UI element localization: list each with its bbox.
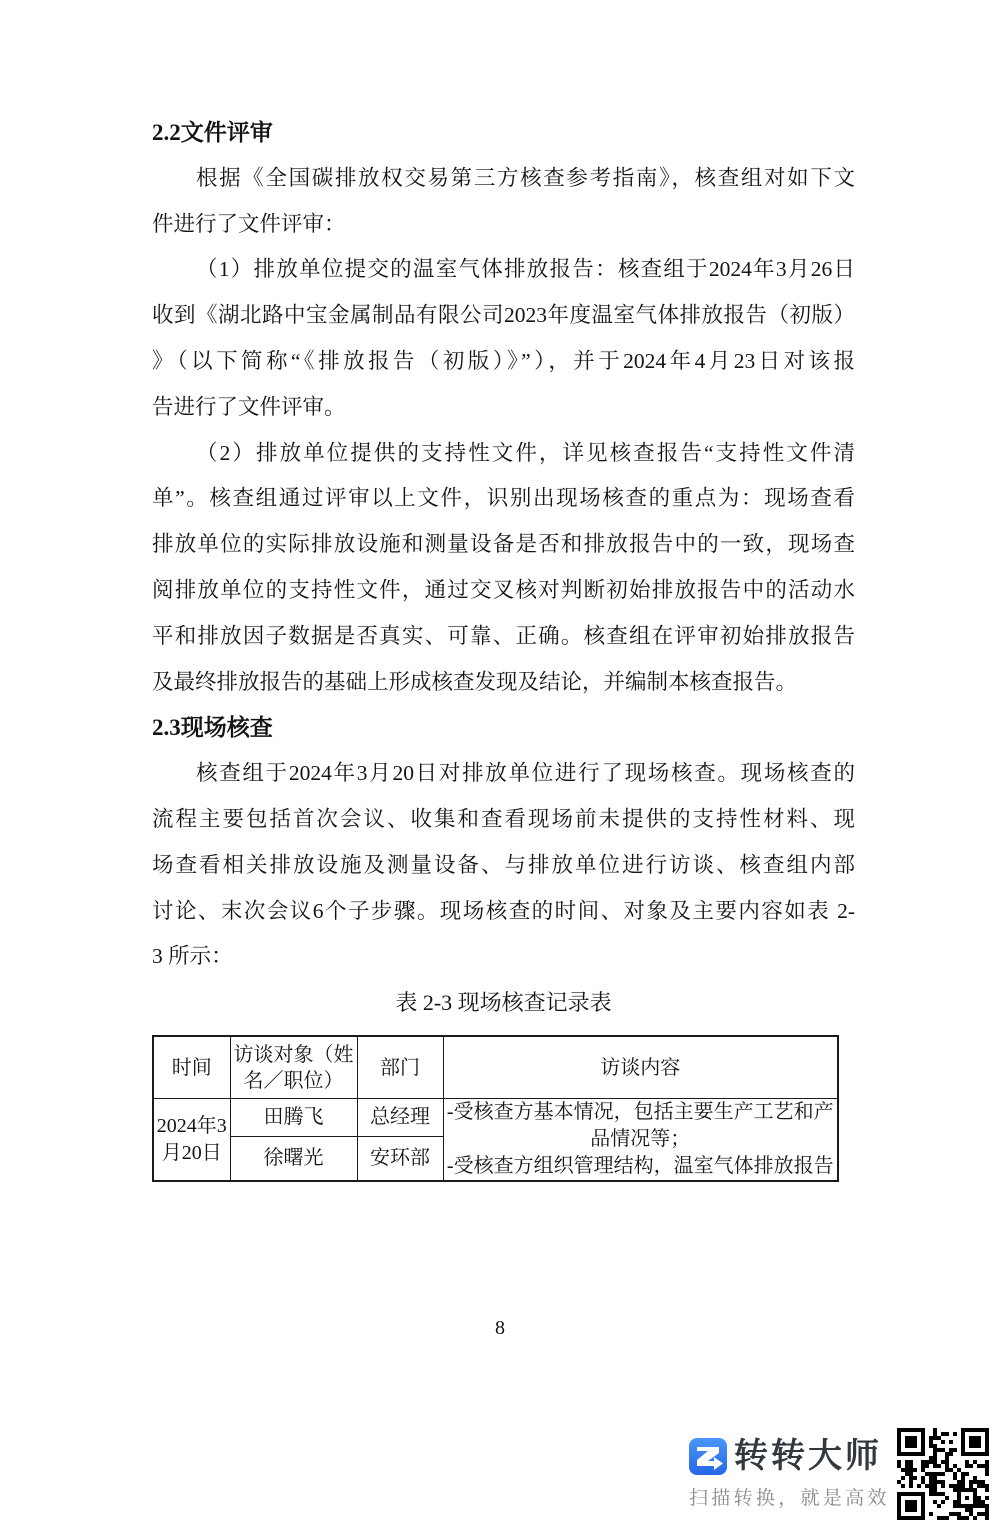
text-line: （2）排放单位提供的支持性文件，详见核查报告“支持性文件清 <box>152 431 855 477</box>
brand-tagline: 扫描转换，就是高效 <box>689 1489 890 1508</box>
text-line: 讨论、末次会议6个子步骤。现场核查的时间、对象及主要内容如表 2- <box>152 889 855 935</box>
text-line: 根据《全国碳排放权交易第三方核查参考指南》，核查组对如下文 <box>152 156 855 202</box>
table-header-content: 访谈内容 <box>443 1036 838 1099</box>
text-line: 》（以下简称“《排放报告（初版）》”），并于2024年4月23日对该报 <box>152 339 855 385</box>
interview-content-item: -受核查方组织管理结构，温室气体排放报告 <box>444 1153 838 1180</box>
table-cell-date: 2024年3月20日 <box>153 1099 230 1182</box>
text-line: 核查组于2024年3月20日对排放单位进行了现场核查。现场核查的 <box>152 751 855 797</box>
table-header-department: 部门 <box>357 1036 443 1099</box>
text-line: 流程主要包括首次会议、收集和查看现场前未提供的支持性材料、现 <box>152 797 855 843</box>
table-cell-name: 徐曙光 <box>230 1136 357 1181</box>
table-header-time: 时间 <box>153 1036 230 1099</box>
text-line: 告进行了文件评审。 <box>152 385 855 431</box>
table-cell-dept: 安环部 <box>357 1136 443 1181</box>
brand-name: 转转大师 <box>734 1438 882 1475</box>
watermark-brand-block: 转转大师 扫描转换，就是高效 <box>689 1438 890 1508</box>
site-visit-record-table: 时间 访谈对象（姓名／职位） 部门 访谈内容 2024年3月20日 田腾飞 总经… <box>152 1035 839 1183</box>
text-line: 单”。核查组通过评审以上文件，识别出现场核查的重点为：现场查看 <box>152 476 855 522</box>
section-heading-2-3: 2.3现场核查 <box>152 705 855 751</box>
table-cell-name: 田腾飞 <box>230 1099 357 1136</box>
text-line: 平和排放因子数据是否真实、可靠、正确。核查组在评审初始排放报告 <box>152 614 855 660</box>
text-line: （1）排放单位提交的温室气体排放报告：核查组于2024年3月26日 <box>152 247 855 293</box>
text-line: 场查看相关排放设施及测量设备、与排放单位进行访谈、核查组内部 <box>152 843 855 889</box>
table-row: 2024年3月20日 田腾飞 总经理 -受核查方基本情况，包括主要生产工艺和产品… <box>153 1099 838 1136</box>
text-line: 排放单位的实际排放设施和测量设备是否和排放报告中的一致，现场查 <box>152 522 855 568</box>
zhuanzhuan-logo-icon <box>689 1438 727 1475</box>
table-header-row: 时间 访谈对象（姓名／职位） 部门 访谈内容 <box>153 1036 838 1099</box>
table-cell-dept: 总经理 <box>357 1099 443 1136</box>
text-line: 收到《湖北路中宝金属制品有限公司2023年度温室气体排放报告（初版） <box>152 293 855 339</box>
table-cell-interview-content: -受核查方基本情况，包括主要生产工艺和产品情况等； -受核查方组织管理结构，温室… <box>443 1099 838 1182</box>
table-caption: 表 2-3 现场核查记录表 <box>152 980 855 1026</box>
converter-watermark: 转转大师 扫描转换，就是高效 <box>689 1428 989 1520</box>
interview-content-item: -受核查方基本情况，包括主要生产工艺和产品情况等； <box>444 1099 838 1153</box>
table-header-interviewee: 访谈对象（姓名／职位） <box>230 1036 357 1099</box>
qr-code <box>897 1428 989 1520</box>
page-number: 8 <box>0 1316 1000 1340</box>
section-heading-2-2: 2.2文件评审 <box>152 110 855 156</box>
document-body: 2.2文件评审 根据《全国碳排放权交易第三方核查参考指南》，核查组对如下文 件进… <box>152 110 855 1182</box>
text-line: 3 所示： <box>152 934 855 980</box>
text-line: 阅排放单位的支持性文件，通过交叉核对判断初始排放报告中的活动水 <box>152 568 855 614</box>
text-line: 及最终排放报告的基础上形成核查发现及结论，并编制本核查报告。 <box>152 660 855 706</box>
text-line: 件进行了文件评审： <box>152 202 855 248</box>
